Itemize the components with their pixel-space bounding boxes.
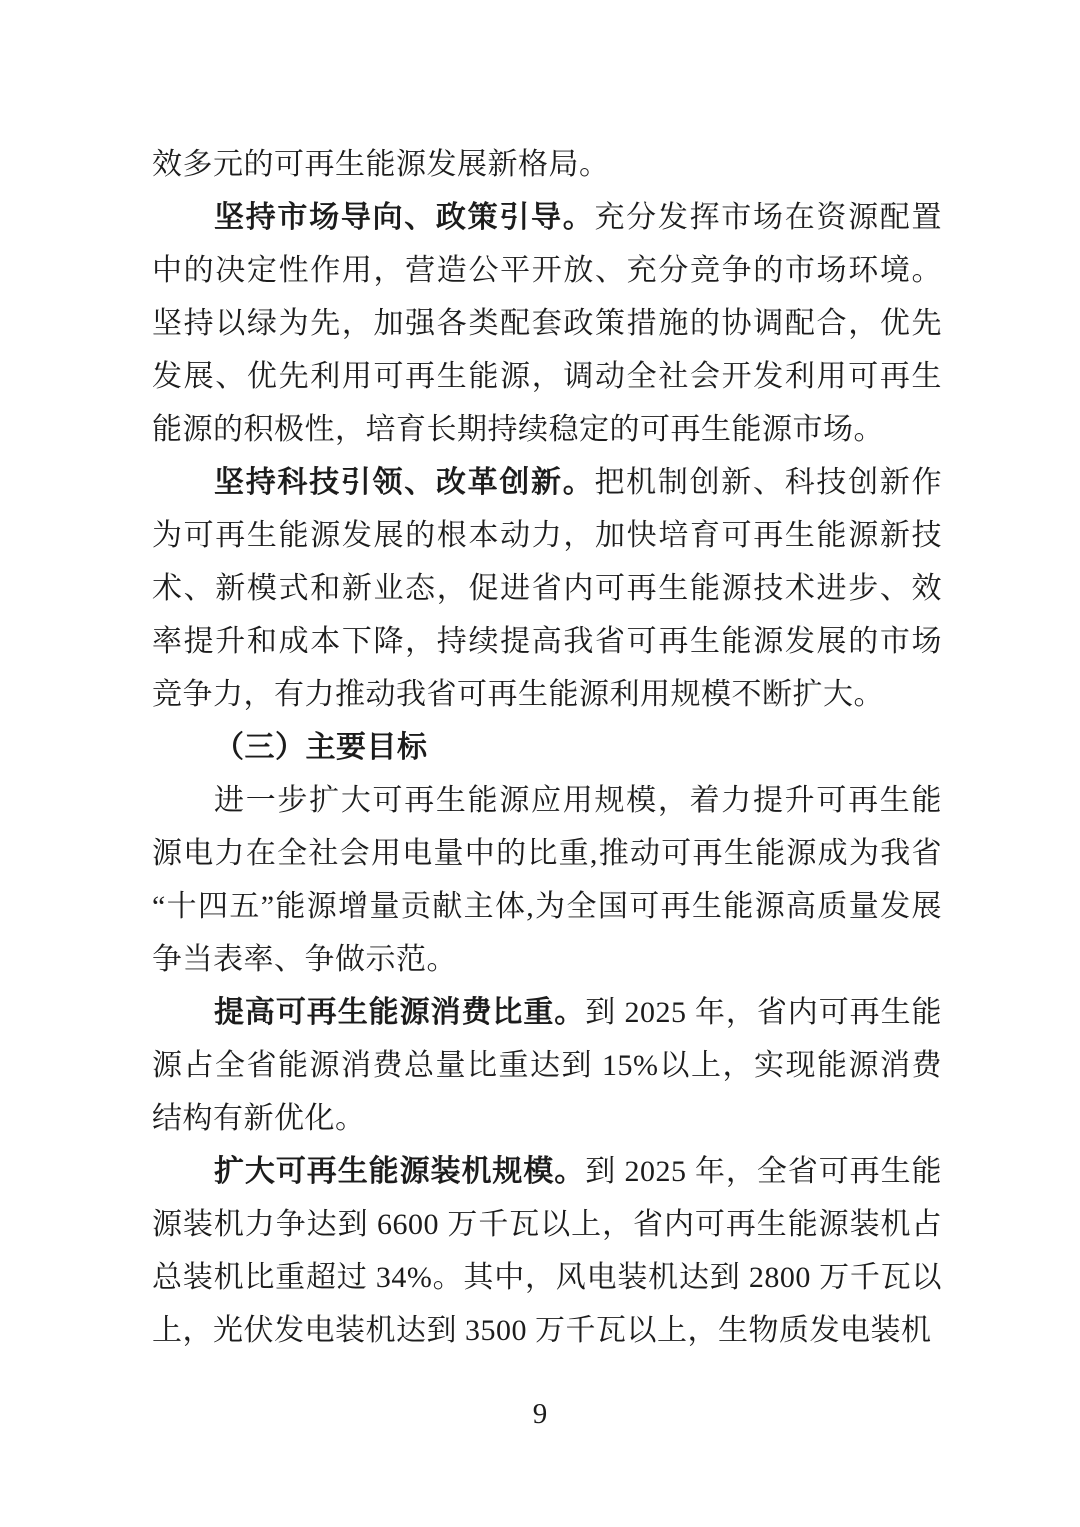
paragraph-text: 进一步扩大可再生能源应用规模，着力提升可再生能源电力在全社会用电量中的比重,推动… <box>152 784 942 976</box>
paragraph-market-guidance: 坚持市场导向、政策引导。充分发挥市场在资源配置中的决定性作用，营造公平开放、充分… <box>152 191 942 456</box>
paragraph-lead-bold: 坚持市场导向、政策引导。 <box>214 201 594 234</box>
paragraph-text: 效多元的可再生能源发展新格局。 <box>152 148 610 181</box>
paragraph-lead-bold: 扩大可再生能源装机规模。 <box>214 1155 585 1188</box>
paragraph-text: 充分发挥市场在资源配置中的决定性作用，营造公平开放、充分竞争的市场环境。坚持以绿… <box>152 201 942 446</box>
paragraph-text: 把机制创新、科技创新作为可再生能源发展的根本动力，加快培育可再生能源新技术、新模… <box>152 466 942 711</box>
paragraph-continuation: 效多元的可再生能源发展新格局。 <box>152 138 942 191</box>
paragraph-consumption-share: 提高可再生能源消费比重。到 2025 年，省内可再生能源占全省能源消费总量比重达… <box>152 986 942 1145</box>
section-heading-text: （三）主要目标 <box>214 731 428 764</box>
paragraph-tech-innovation: 坚持科技引领、改革创新。把机制创新、科技创新作为可再生能源发展的根本动力，加快培… <box>152 456 942 721</box>
page-footer: 9 <box>0 1398 1080 1431</box>
paragraph-expand-application: 进一步扩大可再生能源应用规模，着力提升可再生能源电力在全社会用电量中的比重,推动… <box>152 774 942 986</box>
page-number: 9 <box>533 1398 548 1430</box>
paragraph-lead-bold: 提高可再生能源消费比重。 <box>214 996 585 1029</box>
paragraph-lead-bold: 坚持科技引领、改革创新。 <box>214 466 594 499</box>
document-body: 效多元的可再生能源发展新格局。 坚持市场导向、政策引导。充分发挥市场在资源配置中… <box>152 138 942 1357</box>
section-heading-main-goals: （三）主要目标 <box>152 721 942 774</box>
document-page: 效多元的可再生能源发展新格局。 坚持市场导向、政策引导。充分发挥市场在资源配置中… <box>0 0 1080 1527</box>
paragraph-installed-capacity: 扩大可再生能源装机规模。到 2025 年，全省可再生能源装机力争达到 6600 … <box>152 1145 942 1357</box>
